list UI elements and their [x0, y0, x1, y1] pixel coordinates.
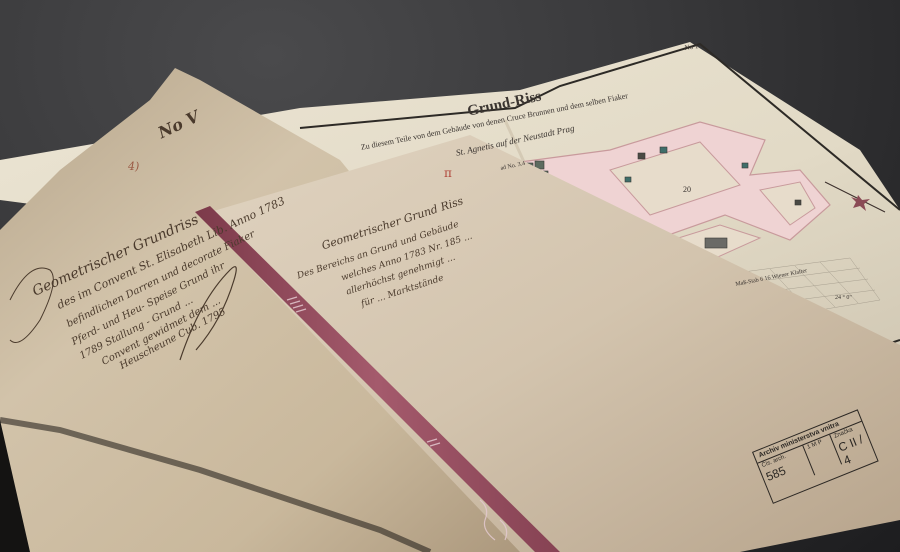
- plan-scale-value: 24 ° 0": [835, 295, 852, 301]
- left-folder-corner-mark: 4): [128, 160, 139, 173]
- front-folder-red-mark: π: [444, 166, 452, 180]
- plan-center-room-label: 20: [683, 185, 691, 194]
